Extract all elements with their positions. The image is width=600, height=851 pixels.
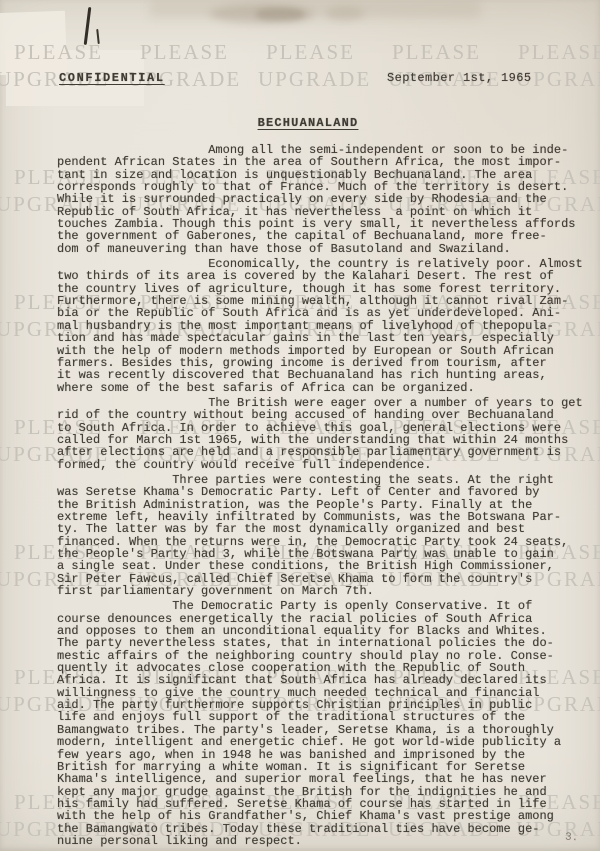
typewritten-line: first parliamentary government on March …	[57, 585, 587, 597]
page-number: 3.	[565, 832, 579, 845]
typewritten-line: nuine personal liking and respect.	[57, 835, 587, 847]
typewritten-line: tion and has made spectacular gains in t…	[57, 332, 587, 344]
typewritten-line: pendent African States in the area of So…	[57, 156, 587, 168]
typewritten-line: a single seat. Under these conditions, t…	[57, 560, 587, 572]
typewritten-line: after elections are held and a responsib…	[57, 446, 587, 458]
page-title: BECHUANALAND	[0, 116, 600, 130]
typewritten-line: with the help of modern methods imported…	[57, 345, 587, 357]
document-body: Among all the semi-independent or soon t…	[57, 144, 587, 850]
typewritten-line: dom of maneuvering than have those of Ba…	[57, 243, 587, 255]
typewritten-line: the government of Gaberones, the capital…	[57, 230, 587, 242]
typewritten-line: While it is surrounded practically on ev…	[57, 193, 587, 205]
typewritten-line: Khama's intelligence, and superior moral…	[57, 773, 587, 785]
typewritten-line: modern, intelligent and energetic chief.…	[57, 736, 587, 748]
document-date: September 1st, 1965	[387, 71, 531, 85]
typewritten-line: The Democratic Party is openly Conservat…	[57, 600, 587, 612]
paragraph: Economically, the country is relatively …	[57, 258, 587, 394]
typewritten-line: few years ago, when in 1948 he was banis…	[57, 749, 587, 761]
typewritten-line: bia or the Republic of South Africa and …	[57, 307, 587, 319]
typewritten-line: was Seretse Khama's Democratic Party. Le…	[57, 486, 587, 498]
typewritten-line: with the help of his Grandfather's, Chie…	[57, 810, 587, 822]
typewritten-line: Africa. It is significant that South Afr…	[57, 674, 587, 686]
classification-label: CONFIDENTIAL	[59, 71, 165, 85]
typewritten-line: ty. The latter was by far the most dynam…	[57, 523, 587, 535]
paragraph: The Democratic Party is openly Conservat…	[57, 600, 587, 847]
document-content: CONFIDENTIAL September 1st, 1965 BECHUAN…	[0, 0, 600, 851]
typewritten-line: life and enjoys full support of the trad…	[57, 711, 587, 723]
typewritten-line: The party nevertheless states, that in i…	[57, 637, 587, 649]
scanned-document-page: PLEASEPLEASEPLEASEPLEASEPLEASEUPGRADEUPG…	[0, 0, 600, 851]
typewritten-line: formed, the country would receive full i…	[57, 459, 587, 471]
typewritten-line: where some of the best safaris of Africa…	[57, 382, 587, 394]
paragraph: Three parties were contesting the seats.…	[57, 474, 587, 597]
paragraph: The British were eager over a number of …	[57, 397, 587, 471]
paragraph: Among all the semi-independent or soon t…	[57, 144, 587, 255]
typewritten-line: it was recently discovered that Bechuana…	[57, 369, 587, 381]
typewritten-line: two thirds of its area is covered by the…	[57, 270, 587, 282]
typewritten-line: rid of the country without being accused…	[57, 409, 587, 421]
